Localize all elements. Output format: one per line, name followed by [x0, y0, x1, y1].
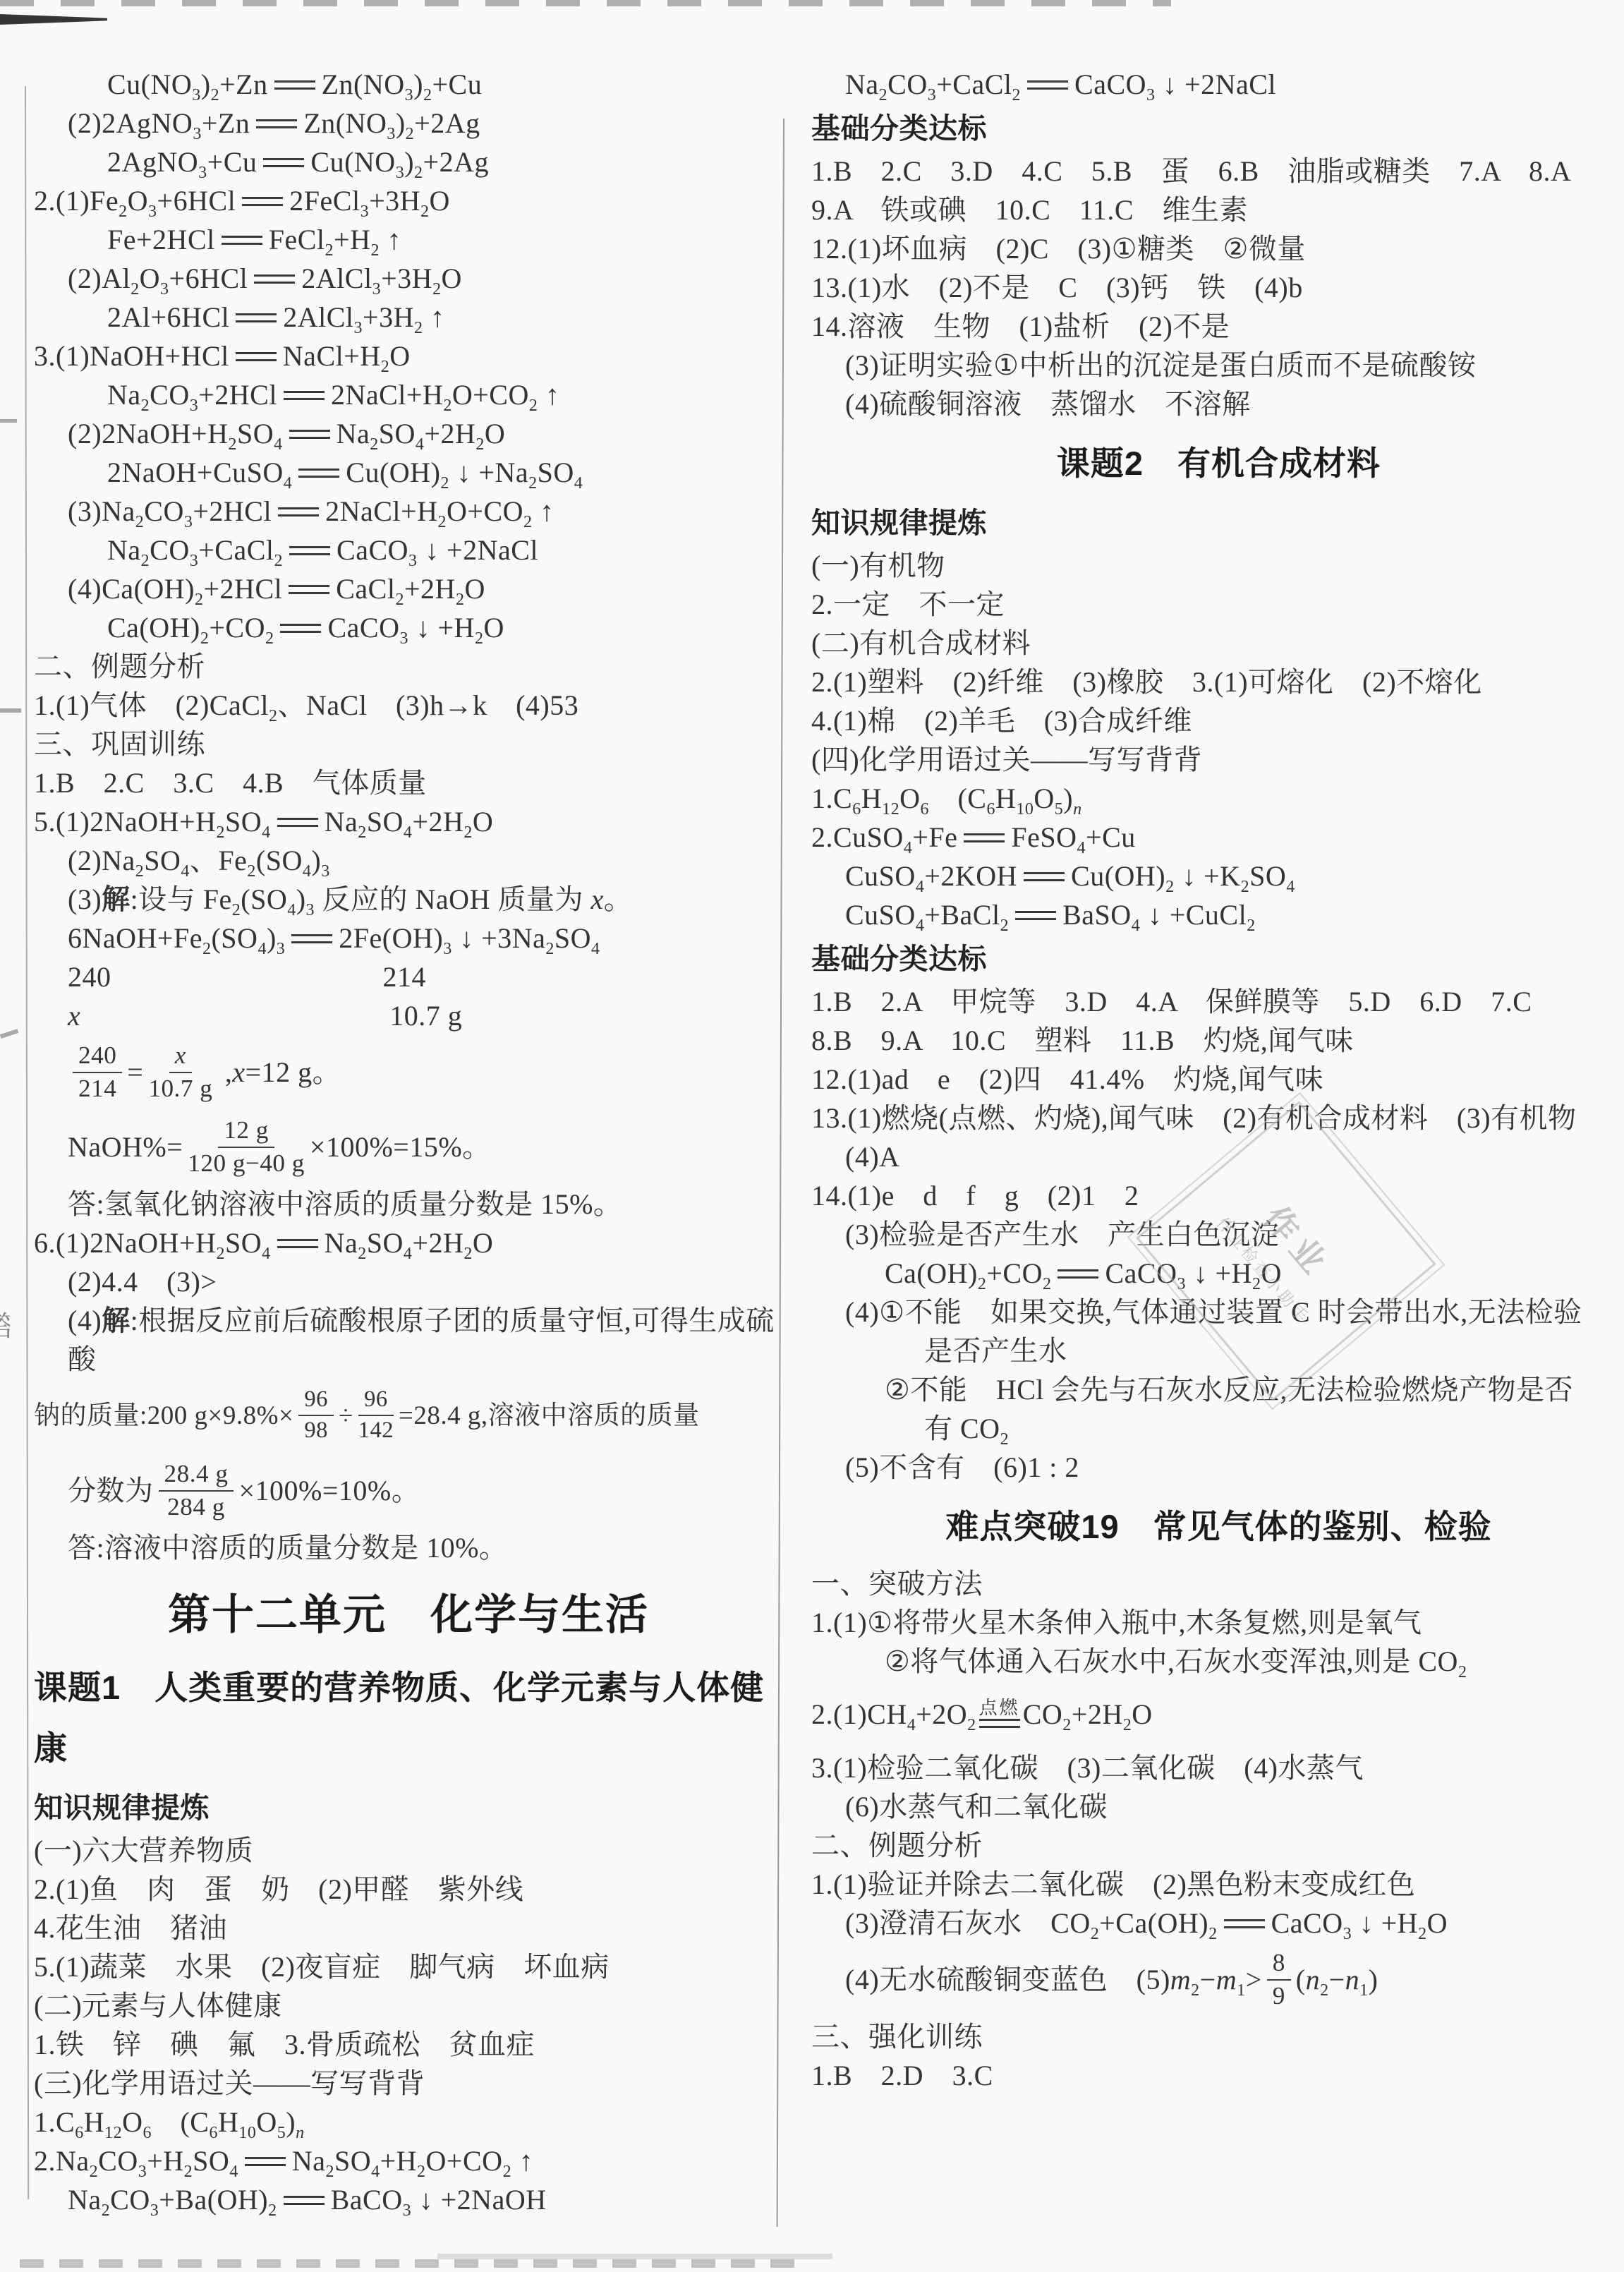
text-line: (6)水蒸气和二氧化碳	[811, 1787, 1624, 1826]
double-bond-equals	[263, 158, 304, 167]
double-bond-equals	[1027, 80, 1068, 90]
fraction: 28.4 g284 g	[159, 1460, 234, 1521]
double-bond-equals	[284, 391, 325, 400]
right-column: Na2CO3+CaCl2CaCO3 ↓ +2NaCl基础分类达标1.B 2.C …	[811, 65, 1624, 2095]
text-line: 1.C6H12O6 (C6H10O5)n	[34, 2103, 783, 2141]
text-line: Na2CO3+CaCl2CaCO3 ↓ +2NaCl	[34, 531, 783, 569]
text-line: 14.溶液 生物 (1)盐析 (2)不是	[811, 307, 1624, 346]
page-edge-top-wedge	[0, 14, 107, 25]
text-line: (4)无水硫酸铜变蓝色 (5)m2−m1>89(n2−n1)	[811, 1942, 1624, 2017]
text-line: 2.(1)鱼 肉 蛋 奶 (2)甲醛 紫外线	[34, 1870, 783, 1909]
fraction: 89	[1267, 1949, 1291, 2010]
text-line: 二、例题分析	[34, 647, 783, 686]
text-line: NaOH%=12 g120 g−40 g×100%=15%。	[34, 1110, 783, 1185]
text-line: 5.(1)蔬菜 水果 (2)夜盲症 脚气病 坏血病	[34, 1947, 783, 1986]
text-line: 分数为28.4 g284 g×100%=10%。	[34, 1454, 783, 1528]
double-bond-equals	[964, 833, 1005, 842]
double-bond-equals	[1058, 1269, 1098, 1279]
text-line: 是否产生水	[811, 1331, 1624, 1370]
text-line: (4)①不能 如果交换,气体通过装置 C 时会带出水,无法检验	[811, 1293, 1624, 1331]
double-bond-equals	[236, 352, 277, 361]
text-line: (5)不含有 (6)1 : 2	[811, 1448, 1624, 1487]
text-line: 1.B 2.C 3.C 4.B 气体质量	[34, 763, 783, 802]
text-line: 1.铁 锌 碘 氟 3.骨质疏松 贫血症	[34, 2025, 783, 2064]
equals-with-condition: 点燃	[979, 1698, 1020, 1728]
double-bond-equals	[256, 119, 297, 128]
text-line: 2.CuSO4+FeFeSO4+Cu	[811, 818, 1624, 857]
page-edge-clipped-glyph: 答	[0, 1304, 10, 1344]
text-line: ②将气体通入石灰水中,石灰水变浑浊,则是 CO2	[811, 1642, 1624, 1681]
text-line: 2Al+6HCl2AlCl3+3H2 ↑	[34, 298, 783, 337]
text-line: Fe+2HClFeCl2+H2 ↑	[34, 220, 783, 259]
page-edge-top-dashes	[0, 0, 1171, 6]
text-line: 有 CO2	[811, 1409, 1624, 1448]
double-bond-equals	[979, 1719, 1020, 1728]
text-line: (3)Na2CO3+2HCl2NaCl+H2O+CO2 ↑	[34, 492, 783, 531]
text-line: 13.(1)水 (2)不是 C (3)钙 铁 (4)b	[811, 268, 1624, 307]
fraction: 9698	[298, 1386, 334, 1444]
text-line: 2AgNO3+CuCu(NO3)2+2Ag	[34, 143, 783, 181]
text-line: 答:氢氧化钠溶液中溶质的质量分数是 15%。	[34, 1185, 783, 1223]
text-line: (2)4.4 (3)>	[34, 1262, 783, 1301]
text-line: 4.(1)棉 (2)羊毛 (3)合成纤维	[811, 701, 1624, 740]
fraction: 96142	[358, 1386, 394, 1444]
text-line: 1.B 2.C 3.D 4.C 5.B 蛋 6.B 油脂或糖类 7.A 8.A	[811, 152, 1624, 191]
text-line: 6NaOH+Fe2(SO4)32Fe(OH)3 ↓ +3Na2SO4	[34, 919, 783, 957]
text-line: Ca(OH)2+CO2CaCO3 ↓ +H2O	[811, 1254, 1624, 1293]
text-line: 2.(1)塑料 (2)纤维 (3)橡胶 3.(1)可熔化 (2)不熔化	[811, 663, 1624, 701]
text-line: (4)A	[811, 1137, 1624, 1176]
double-bond-equals	[254, 274, 295, 284]
text-line: (2)Na2SO4、Fe2(SO4)3	[34, 841, 783, 880]
text-line: 4.花生油 猪油	[34, 1909, 783, 1947]
text-line: (2)2AgNO3+ZnZn(NO3)2+2Ag	[34, 104, 783, 143]
text-line: 二、例题分析	[811, 1826, 1624, 1865]
text-line: Ca(OH)2+CO2CaCO3 ↓ +H2O	[34, 608, 783, 647]
page-edge-mark	[0, 419, 17, 423]
text-line: 2.Na2CO3+H2SO4Na2SO4+H2O+CO2 ↑	[34, 2141, 783, 2180]
section-heading: 知识规律提炼	[811, 501, 1624, 545]
text-line: 3.(1)NaOH+HClNaCl+H2O	[34, 337, 783, 375]
double-bond-equals	[284, 2196, 325, 2205]
double-bond-equals	[289, 430, 330, 439]
text-line: 1.(1)气体 (2)CaCl2、NaCl (3)h→k (4)53	[34, 686, 783, 725]
text-line: 2.一定 不一定	[811, 585, 1624, 624]
double-bond-equals	[1224, 1919, 1265, 1928]
double-bond-equals	[277, 818, 318, 827]
text-line: (4)Ca(OH)2+2HClCaCl2+2H2O	[34, 569, 783, 608]
page-edge-mark	[0, 1029, 18, 1039]
topic-heading: 难点突破19 常见气体的鉴别、检验	[811, 1497, 1624, 1557]
text-line: Na2CO3+Ba(OH)2BaCO3 ↓ +2NaOH	[34, 2180, 783, 2219]
topic-heading: 课题1 人类重要的营养物质、化学元素与人体健康	[34, 1657, 783, 1779]
text-line: 答:溶液中溶质的质量分数是 10%。	[34, 1528, 783, 1567]
double-bond-equals	[1015, 911, 1056, 920]
double-bond-equals	[289, 585, 329, 594]
text-line: (一)有机物	[811, 546, 1624, 585]
double-bond-equals	[298, 469, 339, 478]
double-bond-equals	[277, 1239, 318, 1248]
text-line: (2)2NaOH+H2SO4Na2SO4+2H2O	[34, 414, 783, 453]
page-left-edge-line	[25, 86, 29, 2199]
text-line: 2NaOH+CuSO4Cu(OH)2 ↓ +Na2SO4	[34, 453, 783, 492]
text-line: 1.B 2.D 3.C	[811, 2056, 1624, 2095]
text-line: 9.A 铁或碘 10.C 11.C 维生素	[811, 191, 1624, 229]
text-line: x10.7 g	[34, 996, 783, 1035]
section-heading: 基础分类达标	[811, 107, 1624, 150]
section-heading: 知识规律提炼	[34, 1786, 783, 1830]
text-line: 6.(1)2NaOH+H2SO4Na2SO4+2H2O	[34, 1223, 783, 1262]
double-bond-equals	[236, 313, 277, 322]
text-line: 2.(1)CH4+2O2点燃CO2+2H2O	[811, 1681, 1624, 1748]
text-line: (四)化学用语过关——写写背背	[811, 740, 1624, 779]
text-line: Cu(NO3)2+ZnZn(NO3)2+Cu	[34, 65, 783, 104]
text-line: 1.(1)①将带火星木条伸入瓶中,木条复燃,则是氧气	[811, 1603, 1624, 1642]
text-line: 3.(1)检验二氧化碳 (3)二氧化碳 (4)水蒸气	[811, 1748, 1624, 1787]
text-line: Na2CO3+CaCl2CaCO3 ↓ +2NaCl	[811, 65, 1624, 104]
text-line: 12.(1)ad e (2)四 41.4% 灼烧,闻气味	[811, 1060, 1624, 1099]
text-line: (3)解:设与 Fe2(SO4)3 反应的 NaOH 质量为 x。	[34, 880, 783, 919]
text-line: 14.(1)e d f g (2)1 2	[811, 1176, 1624, 1215]
double-bond-equals	[289, 546, 330, 555]
text-line: 钠的质量:200 g×9.8%×9698÷96142=28.4 g,溶液中溶质的…	[34, 1379, 783, 1454]
page-edge-bottom-smudge	[437, 2254, 832, 2259]
scanned-answer-page: 答 Cu(NO3)2+ZnZn(NO3)2+Cu(2)2AgNO3+ZnZn(N…	[0, 0, 1624, 2272]
fraction: 240214	[73, 1041, 122, 1103]
page-edge-mark	[0, 708, 21, 713]
section-heading: 基础分类达标	[811, 937, 1624, 981]
text-line: 1.(1)验证并除去二氧化碳 (2)黑色粉末变成红色	[811, 1865, 1624, 1904]
text-line: 5.(1)2NaOH+H2SO4Na2SO4+2H2O	[34, 802, 783, 841]
left-column: Cu(NO3)2+ZnZn(NO3)2+Cu(2)2AgNO3+ZnZn(NO3…	[34, 65, 783, 2219]
double-bond-equals	[280, 624, 321, 633]
double-bond-equals	[1024, 872, 1065, 881]
double-bond-equals	[291, 934, 332, 943]
text-line: (4)解:根据反应前后硫酸根原子团的质量守恒,可得生成硫酸	[34, 1301, 783, 1379]
topic-heading: 课题2 有机合成材料	[811, 433, 1624, 494]
page-edge-bottom-smudge	[20, 2259, 803, 2268]
text-line: 三、巩固训练	[34, 725, 783, 763]
text-line: (2)Al2O3+6HCl2AlCl3+3H2O	[34, 259, 783, 298]
text-line: 240214=x10.7 g ,x=12 g。	[34, 1035, 783, 1110]
text-line: 13.(1)燃烧(点燃、灼烧),闻气味 (2)有机合成材料 (3)有机物	[811, 1099, 1624, 1137]
text-line: 三、强化训练	[811, 2017, 1624, 2056]
text-line: 1.B 2.A 甲烷等 3.D 4.A 保鲜膜等 5.D 6.D 7.C	[811, 982, 1624, 1021]
double-bond-equals	[274, 80, 315, 90]
text-line: (三)化学用语过关——写写背背	[34, 2064, 783, 2103]
text-line: 1.C6H12O6 (C6H10O5)n	[811, 779, 1624, 818]
text-line: CuSO4+BaCl2BaSO4 ↓ +CuCl2	[811, 895, 1624, 934]
double-bond-equals	[242, 197, 283, 206]
fraction: x10.7 g	[148, 1041, 212, 1103]
text-line: (3)检验是否产生水 产生白色沉淀	[811, 1215, 1624, 1254]
double-bond-equals	[278, 507, 319, 516]
text-line: Na2CO3+2HCl2NaCl+H2O+CO2 ↑	[34, 375, 783, 414]
text-line: CuSO4+2KOHCu(OH)2 ↓ +K2SO4	[811, 857, 1624, 895]
text-line: (3)证明实验①中析出的沉淀是蛋白质而不是硫酸铵	[811, 346, 1624, 385]
text-line: (二)有机合成材料	[811, 624, 1624, 663]
text-line: 240214	[34, 957, 783, 996]
text-line: (3)澄清石灰水 CO2+Ca(OH)2CaCO3 ↓ +H2O	[811, 1904, 1624, 1942]
text-line: (4)硫酸铜溶液 蒸馏水 不溶解	[811, 385, 1624, 423]
text-line: 一、突破方法	[811, 1564, 1624, 1603]
text-line: 2.(1)Fe2O3+6HCl2FeCl3+3H2O	[34, 181, 783, 220]
double-bond-equals	[245, 2157, 286, 2166]
text-line: ②不能 HCl 会先与石灰水反应,无法检验燃烧产物是否	[811, 1370, 1624, 1409]
text-line: 12.(1)坏血病 (2)C (3)①糖类 ②微量	[811, 229, 1624, 268]
text-line: 8.B 9.A 10.C 塑料 11.B 灼烧,闻气味	[811, 1021, 1624, 1060]
text-line: (二)元素与人体健康	[34, 1986, 783, 2025]
double-bond-equals	[222, 236, 262, 245]
fraction: 12 g120 g−40 g	[188, 1116, 305, 1178]
unit-heading: 第十二单元 化学与生活	[34, 1583, 783, 1648]
text-line: (一)六大营养物质	[34, 1831, 783, 1870]
